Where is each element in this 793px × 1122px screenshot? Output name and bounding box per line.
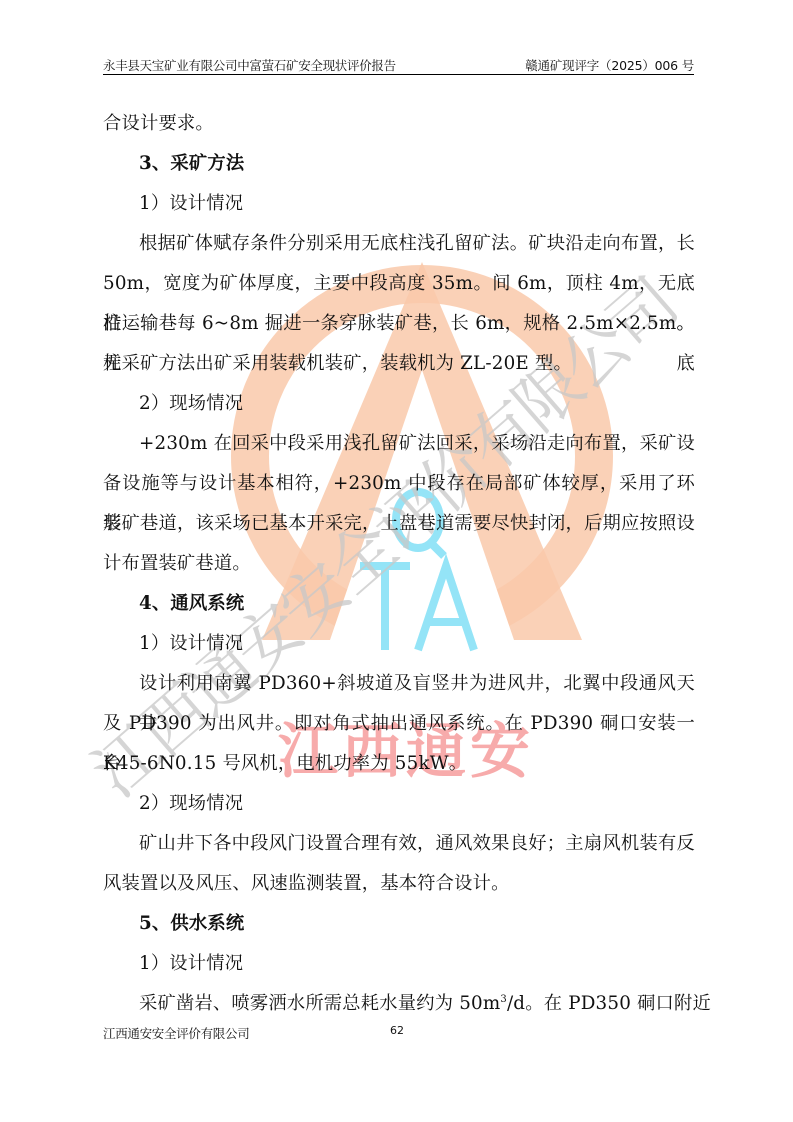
paragraph-line: K45-6N0.15 号风机，电机功率为 55kW。 — [103, 744, 695, 784]
paragraph-line: 及 PD390 为出风井。即对角式抽出通风系统。在 PD390 硐口安装一台 — [103, 704, 695, 744]
footer-company: 江西通安安全评价有限公司 — [103, 1024, 249, 1042]
section-heading-water-supply: 5、供水系统 — [103, 904, 695, 944]
paragraph-line: 风装置以及风压、风速监测装置，基本符合设计。 — [103, 864, 695, 904]
subheading-design: 1）设计情况 — [103, 944, 695, 984]
document-page: 江西通安 江西通安安全评价有限公司 永丰县天宝矿业有限公司中富萤石矿安全现状评价… — [0, 0, 793, 1122]
text-segment: 采矿凿岩、喷雾洒水所需总耗水量约为 50m — [139, 993, 500, 1014]
subheading-site: 2）现场情况 — [103, 784, 695, 824]
paragraph-line: 备设施等与设计基本相符，+230m 中段存在局部矿体较厚，采用了环形 — [103, 464, 695, 504]
paragraph-line: 设计利用南翼 PD360+斜坡道及盲竖井为进风井，北翼中段通风天井 — [103, 664, 695, 704]
page-body: 合设计要求。 3、采矿方法 1）设计情况 根据矿体赋存条件分别采用无底柱浅孔留矿… — [103, 104, 695, 1024]
paragraph-line: 计布置装矿巷道。 — [103, 544, 695, 584]
subheading-design: 1）设计情况 — [103, 184, 695, 224]
paragraph-line: 柱采矿方法出矿采用装载机装矿，装载机为 ZL-20E 型。 — [103, 344, 695, 384]
paragraph-line-water: 采矿凿岩、喷雾洒水所需总耗水量约为 50m3/d。在 PD350 硐口附近 — [103, 984, 695, 1024]
subheading-design: 1）设计情况 — [103, 624, 695, 664]
section-heading-mining-method: 3、采矿方法 — [103, 144, 695, 184]
paragraph-line: 矿山井下各中段风门设置合理有效，通风效果良好；主扇风机装有反 — [103, 824, 695, 864]
paragraph-line: 沿运输巷每 6~8m 掘进一条穿脉装矿巷，长 6m，规格 2.5m×2.5m。无… — [103, 304, 695, 344]
paragraph-line: 根据矿体赋存条件分别采用无底柱浅孔留矿法。矿块沿走向布置，长 — [103, 224, 695, 264]
subheading-site: 2）现场情况 — [103, 384, 695, 424]
paragraph-line: +230m 在回采中段采用浅孔留矿法回采，采场沿走向布置，采矿设 — [103, 424, 695, 464]
page-number: 62 — [390, 1024, 404, 1037]
text-segment: /d。在 PD350 硐口附近 — [507, 993, 711, 1014]
paragraph-line: 50m，宽度为矿体厚度，主要中段高度 35m。间 6m，顶柱 4m，无底柱。 — [103, 264, 695, 304]
page-header: 永丰县天宝矿业有限公司中富萤石矿安全现状评价报告 赣通矿现评字（2025）006… — [103, 56, 694, 75]
paragraph-continuation: 合设计要求。 — [103, 104, 695, 144]
section-heading-ventilation: 4、通风系统 — [103, 584, 695, 624]
paragraph-line: 装矿巷道，该采场已基本开采完，上盘巷道需要尽快封闭，后期应按照设 — [103, 504, 695, 544]
report-number: 赣通矿现评字（2025）006 号 — [525, 56, 694, 74]
report-title: 永丰县天宝矿业有限公司中富萤石矿安全现状评价报告 — [103, 56, 396, 74]
